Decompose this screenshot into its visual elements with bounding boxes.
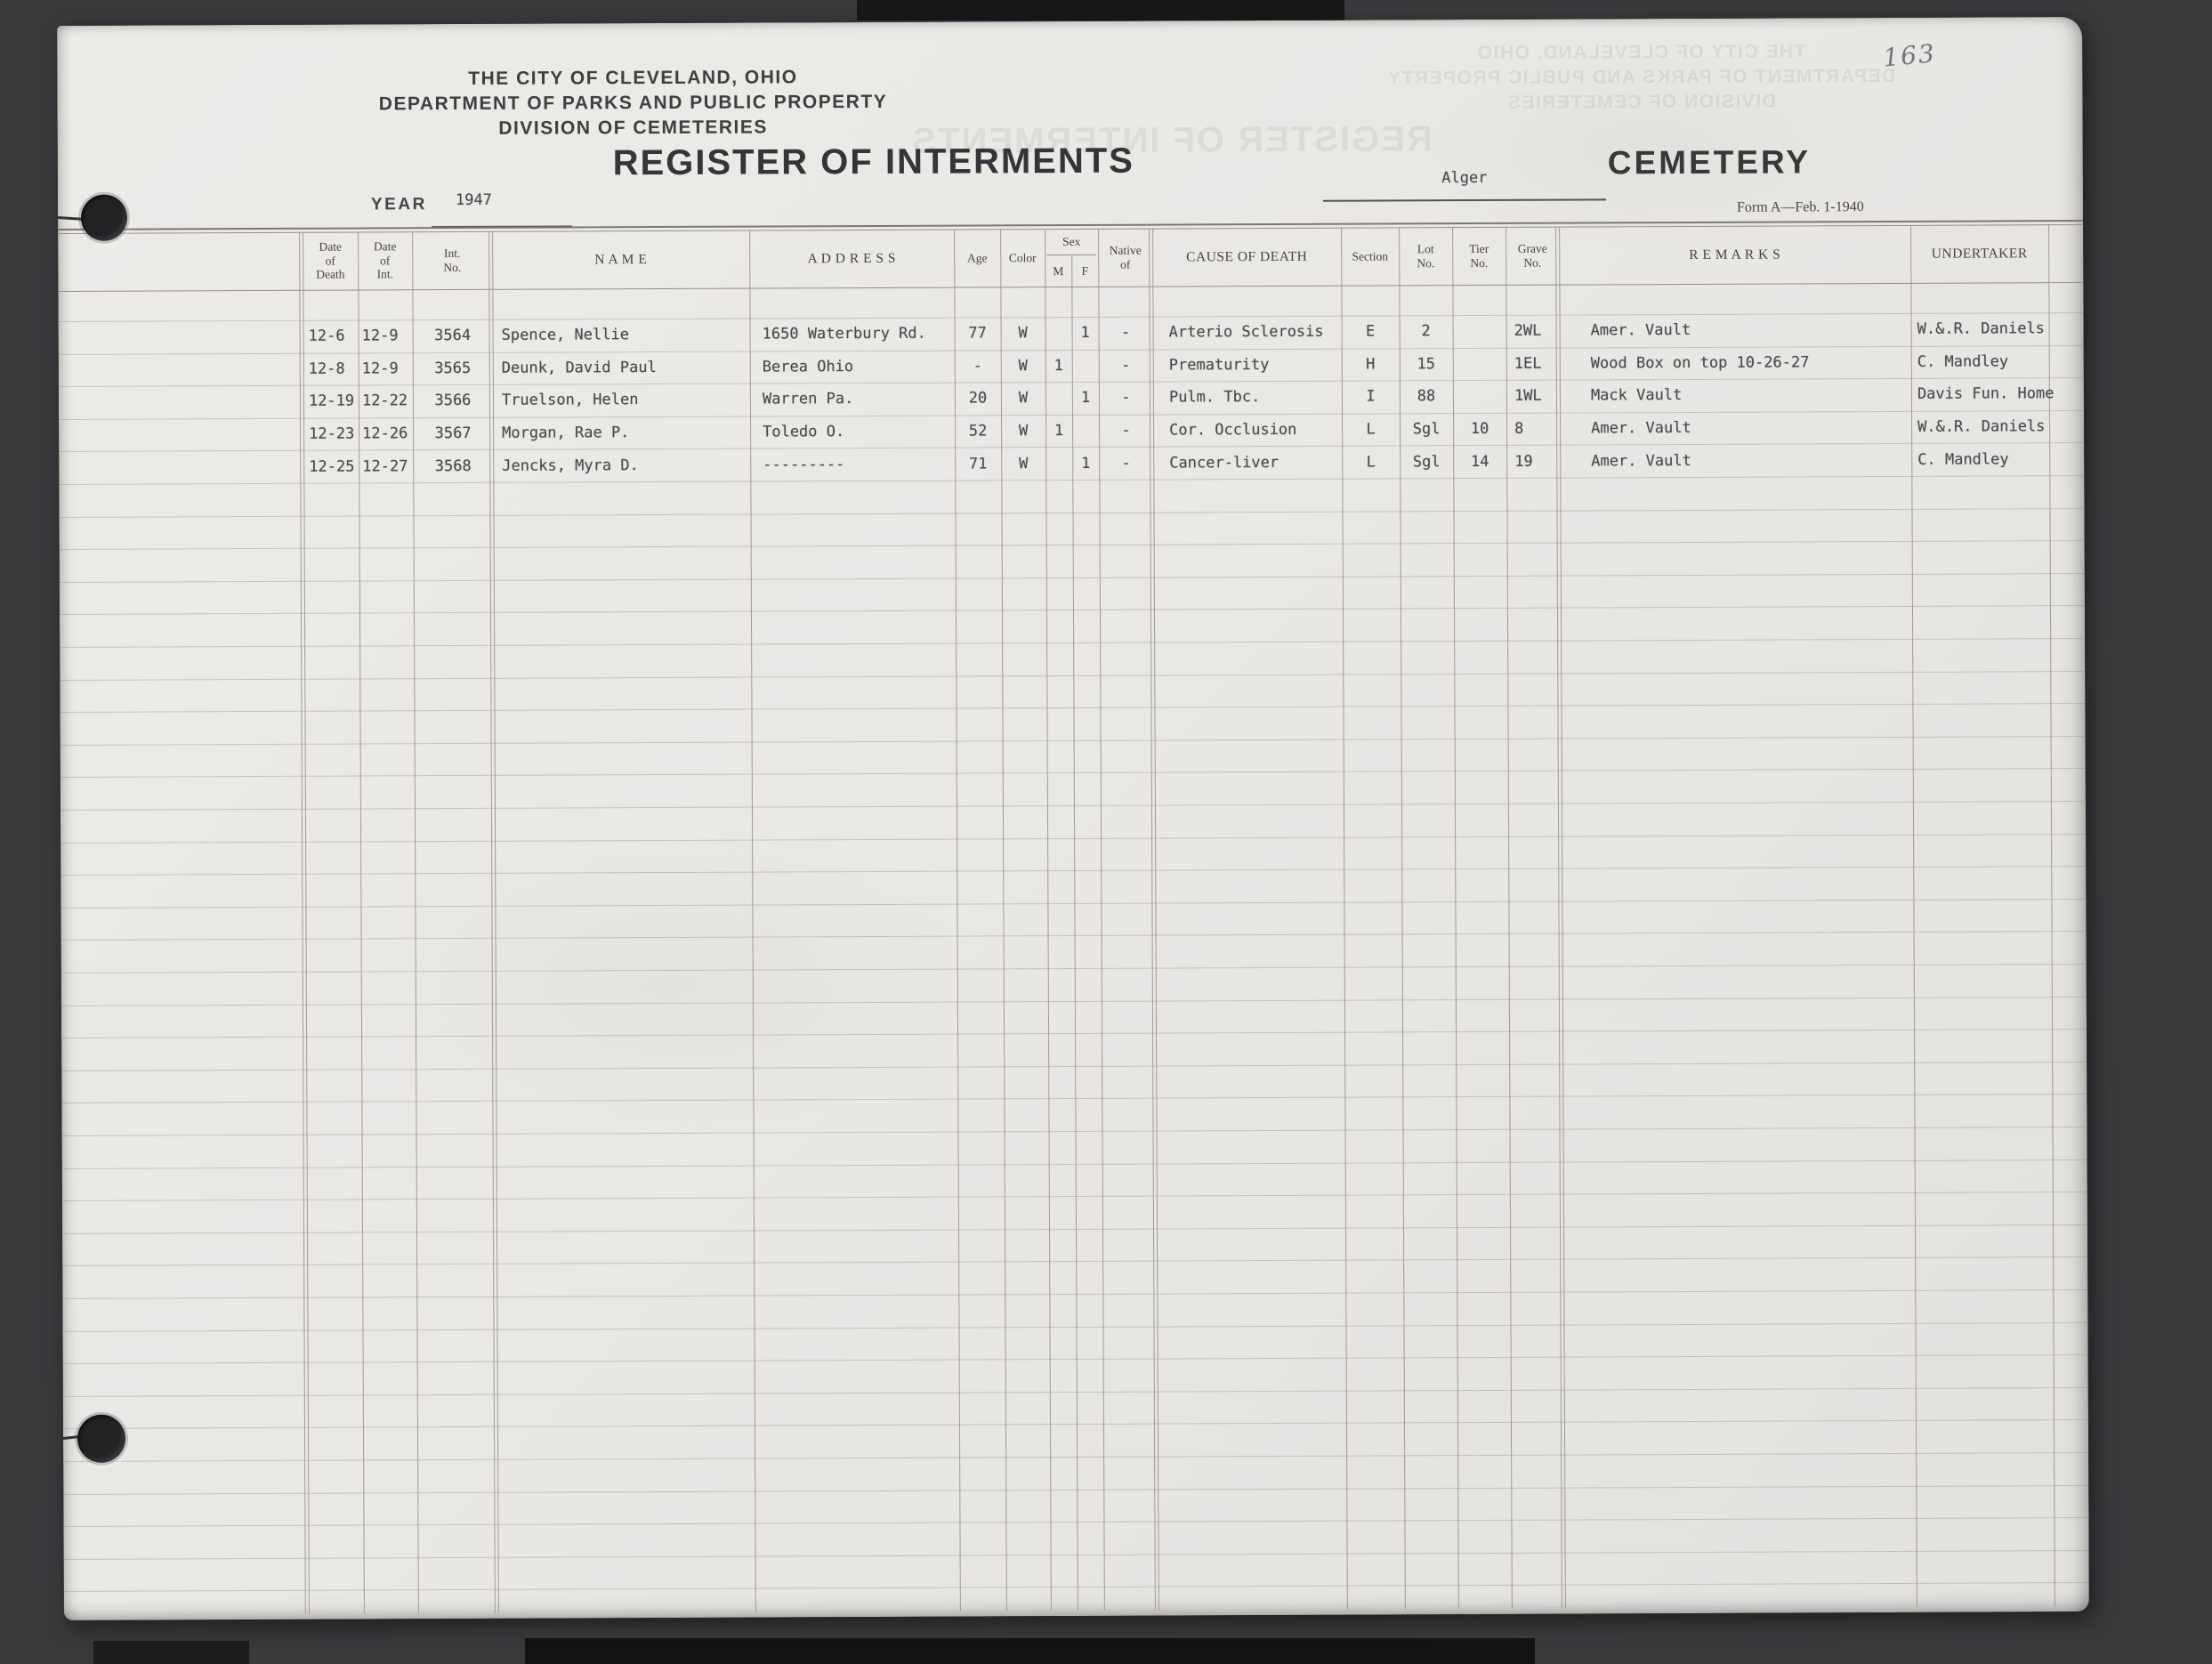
cell-date_of_death: 12-19 (303, 385, 364, 418)
cell-remarks: Amer. Vault (1560, 443, 1942, 477)
cell-undertaker: C. Mandley (1911, 345, 2055, 378)
cell-date_of_death: 12-23 (303, 417, 364, 450)
cell-int_no: 3568 (413, 449, 493, 482)
cell-date_of_death: 12-6 (303, 319, 364, 352)
cell-int_no: 3565 (413, 351, 493, 384)
cell-section: I (1342, 381, 1400, 414)
cell-grave: 8 (1506, 412, 1568, 445)
cell-sex_m: 1 (1045, 350, 1072, 383)
cell-sex_m: 1 (1045, 415, 1072, 448)
cell-lot: 2 (1400, 315, 1453, 348)
cell-color: W (1001, 350, 1045, 383)
cell-address: Berea Ohio (750, 350, 967, 384)
cell-sex_f: 1 (1072, 382, 1099, 415)
cell-grave: 1WL (1506, 380, 1568, 413)
cell-native_of: - (1099, 317, 1153, 350)
cell-native_of: - (1099, 414, 1153, 447)
cell-grave: 1EL (1506, 347, 1568, 380)
cell-remarks: Mack Vault (1560, 378, 1942, 412)
cell-grave: 19 (1506, 445, 1568, 478)
register-page: THE CITY OF CLEVELAND, OHIO DEPARTMENT O… (57, 17, 2089, 1620)
cell-date_of_int: 12-9 (359, 319, 416, 352)
cell-date_of_int: 12-22 (359, 384, 416, 417)
cell-undertaker: C. Mandley (1911, 443, 2055, 476)
cell-sex_f: 1 (1072, 317, 1099, 350)
scanner-background-strip-bottom (525, 1638, 1535, 1664)
cell-tier: 10 (1453, 413, 1506, 446)
cell-date_of_int: 12-26 (359, 417, 416, 450)
cell-age: 20 (955, 383, 1001, 416)
scanner-background-strip-top (857, 0, 1344, 20)
cell-name: Spence, Nellie (493, 319, 759, 352)
cell-name: Morgan, Rae P. (493, 416, 759, 449)
cell-name: Jencks, Myra D. (493, 448, 759, 482)
cell-color: W (1001, 382, 1045, 415)
cell-color: W (1001, 415, 1045, 448)
scanner-background-strip-bottom-left (93, 1641, 249, 1664)
cell-age: 77 (955, 317, 1001, 350)
cell-age: 52 (955, 415, 1001, 448)
cell-date_of_death: 12-25 (303, 450, 364, 483)
cell-lot: 15 (1400, 348, 1453, 381)
cell-undertaker: W.&.R. Daniels (1911, 312, 2055, 345)
cell-cause: Arterio Sclerosis (1153, 316, 1358, 350)
cell-cause: Pulm. Tbc. (1153, 381, 1358, 415)
cell-color: W (1001, 448, 1045, 481)
cell-native_of: - (1099, 382, 1153, 415)
cell-sex_f: 1 (1072, 447, 1099, 480)
cell-grave: 2WL (1506, 315, 1568, 348)
cell-section: H (1342, 348, 1400, 381)
cell-cause: Cancer-liver (1153, 446, 1358, 480)
cell-address: --------- (750, 448, 967, 481)
cell-section: L (1342, 413, 1400, 446)
cell-address: 1650 Waterbury Rd. (750, 318, 967, 351)
register-table-rows: 12-612-93564Spence, Nellie1650 Waterbury… (57, 17, 2089, 1620)
cell-color: W (1001, 317, 1045, 350)
cell-age: - (955, 350, 1001, 383)
cell-int_no: 3564 (413, 319, 493, 352)
cell-name: Truelson, Helen (493, 384, 759, 417)
cell-lot: Sgl (1400, 446, 1453, 479)
cell-date_of_int: 12-9 (359, 352, 416, 385)
cell-cause: Prematurity (1153, 348, 1358, 382)
cell-undertaker: Davis Fun. Home (1911, 377, 2055, 410)
cell-lot: 88 (1400, 380, 1453, 413)
cell-date_of_death: 12-8 (303, 352, 364, 385)
cell-remarks: Wood Box on top 10-26-27 (1560, 345, 1942, 379)
cell-section: E (1342, 315, 1400, 348)
cell-remarks: Amer. Vault (1560, 313, 1942, 347)
cell-int_no: 3566 (413, 384, 493, 417)
cell-cause: Cor. Occlusion (1153, 413, 1358, 447)
cell-section: L (1342, 446, 1400, 479)
hole-punch-top (81, 195, 127, 241)
cell-address: Warren Pa. (750, 383, 967, 416)
hole-punch-bottom (77, 1415, 125, 1463)
cell-address: Toledo O. (750, 415, 967, 448)
cell-undertaker: W.&.R. Daniels (1911, 410, 2055, 443)
cell-tier: 14 (1453, 445, 1506, 478)
cell-native_of: - (1099, 349, 1153, 382)
cell-age: 71 (955, 448, 1001, 481)
cell-remarks: Amer. Vault (1560, 411, 1942, 445)
cell-int_no: 3567 (413, 417, 493, 450)
cell-native_of: - (1099, 447, 1153, 480)
cell-date_of_int: 12-27 (359, 450, 416, 483)
cell-name: Deunk, David Paul (493, 351, 759, 384)
cell-lot: Sgl (1400, 413, 1453, 446)
